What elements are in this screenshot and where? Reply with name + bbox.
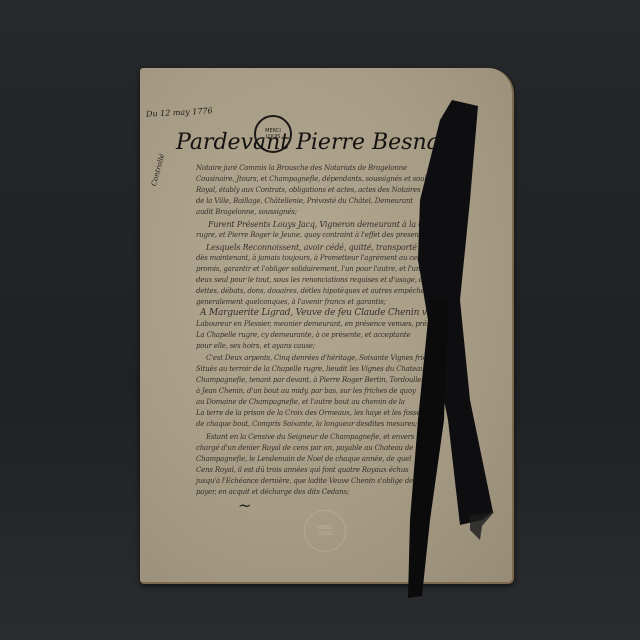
black-silk-ribbon: [0, 0, 640, 640]
